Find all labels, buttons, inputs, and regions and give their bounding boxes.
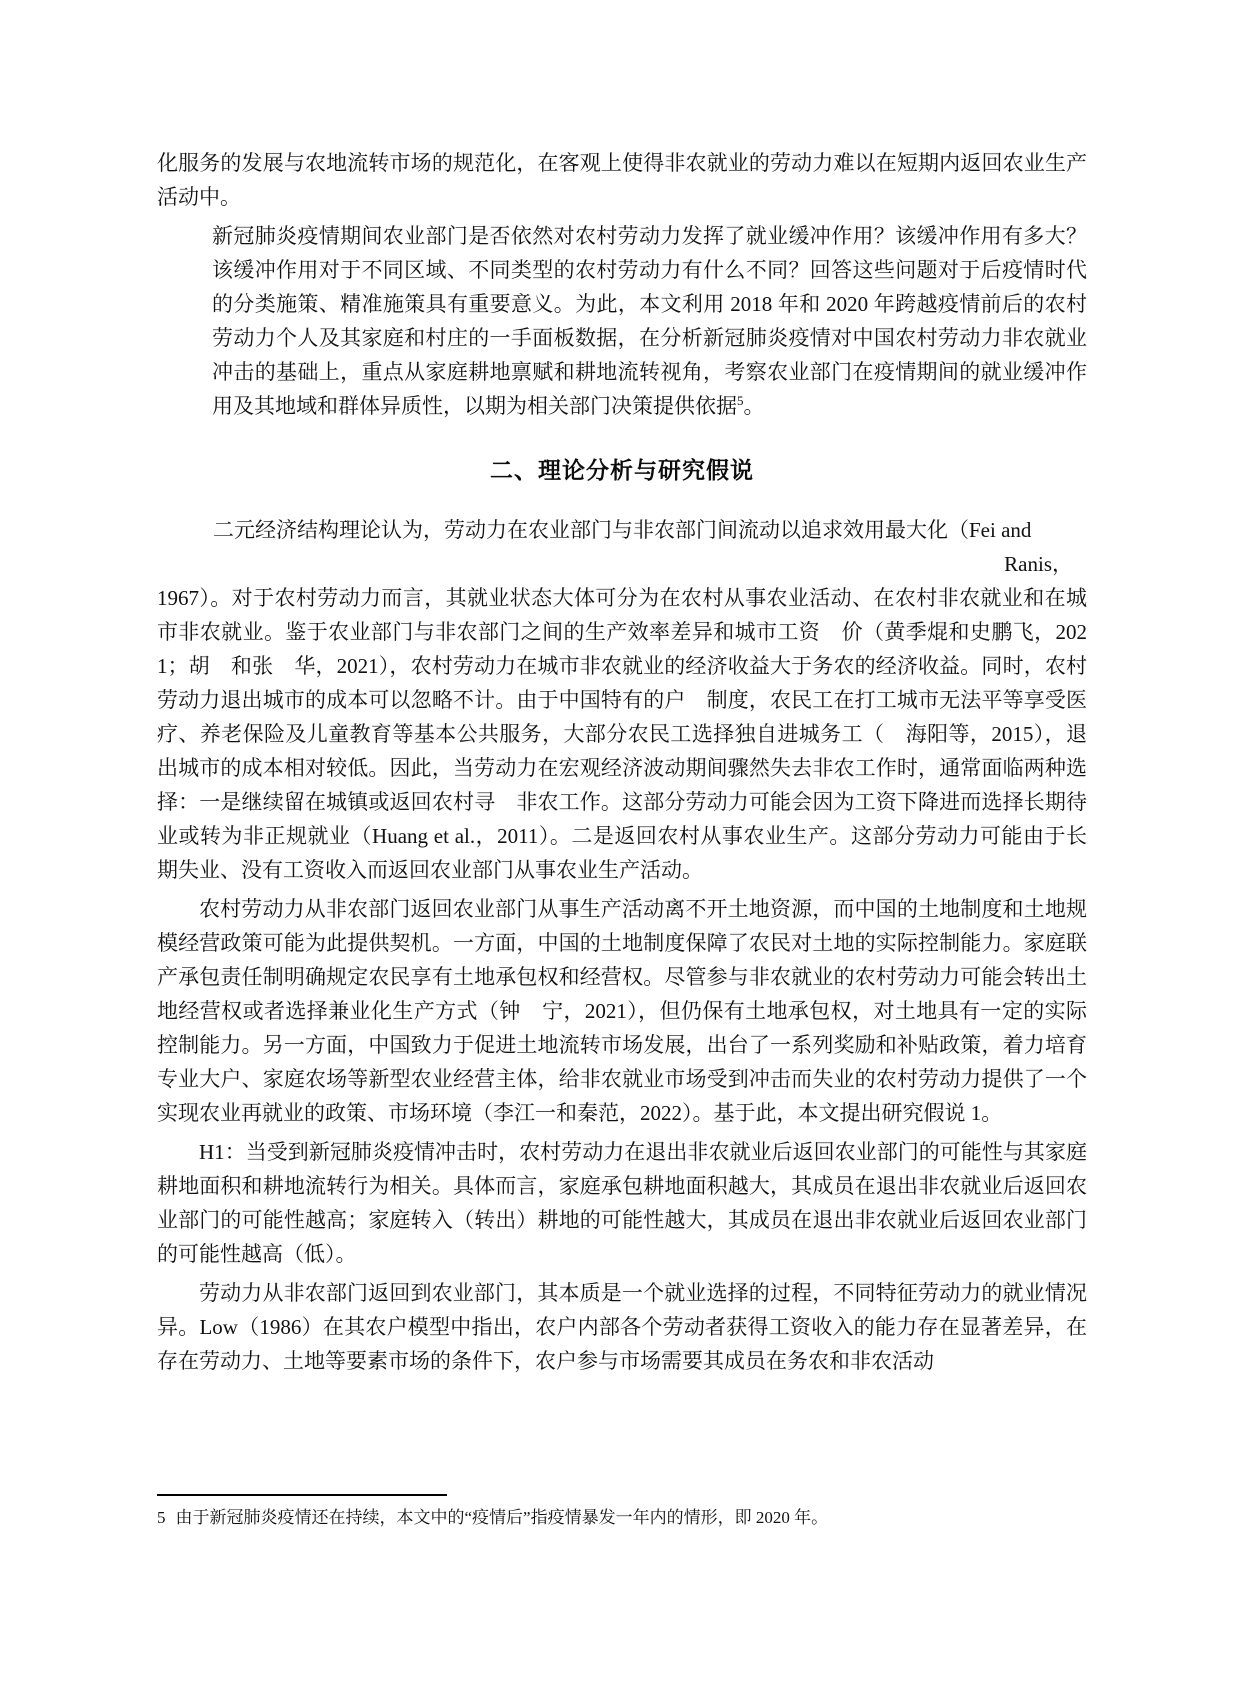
paragraph-research-questions-text: 新冠肺炎疫情期间农业部门是否依然对农村劳动力发挥了就业缓冲作用？该缓冲作用有多大… [212,224,1087,418]
paragraph-land-system: 农村劳动力从非农部门返回农业部门从事生产活动离不开土地资源，而中国的土地制度和土… [157,892,1087,1130]
page-body: 化服务的发展与农地流转市场的规范化，在客观上使得非农就业的劳动力难以在短期内返回… [157,146,1087,1383]
paragraph-continuation: 化服务的发展与农地流转市场的规范化，在客观上使得非农就业的劳动力难以在短期内返回… [157,146,1087,214]
footnote-area: 5由于新冠肺炎疫情还在持续，本文中的“疫情后”指疫情暴发一年内的情形，即 202… [157,1494,1087,1531]
document-page: 化服务的发展与农地流转市场的规范化，在客观上使得非农就业的劳动力难以在短期内返回… [0,0,1240,1683]
paragraph-dual-economy-line1: 二元经济结构理论认为，劳动力在农业部门与非农部门间流动以追求效用最大化（Fei … [157,513,1087,547]
paragraph-dual-economy-line2: Ranis， [157,547,1087,581]
footnote-5-number: 5 [157,1508,166,1527]
footnote-separator-rule [157,1494,447,1496]
paragraph-employment-choice: 劳动力从非农部门返回到农业部门，其本质是一个就业选择的过程，不同特征劳动力的就业… [157,1276,1087,1378]
footnote-5-text: 由于新冠肺炎疫情还在持续，本文中的“疫情后”指疫情暴发一年内的情形，即 2020… [176,1508,829,1527]
footnote-5: 5由于新冠肺炎疫情还在持续，本文中的“疫情后”指疫情暴发一年内的情形，即 202… [157,1504,1087,1531]
paragraph-research-questions: 新冠肺炎疫情期间农业部门是否依然对农村劳动力发挥了就业缓冲作用？该缓冲作用有多大… [212,219,1087,423]
paragraph-hypothesis-h1: H1：当受到新冠肺炎疫情冲击时，农村劳动力在退出非农就业后返回农业部门的可能性与… [157,1135,1087,1271]
paragraph-research-questions-tail: 。 [744,394,765,418]
paragraph-dual-economy-rest: 1967）。对于农村劳动力而言，其就业状态大体可分为在农村从事农业活动、在农村非… [157,581,1087,887]
section-heading-theory-analysis: 二、理论分析与研究假说 [157,453,1087,487]
